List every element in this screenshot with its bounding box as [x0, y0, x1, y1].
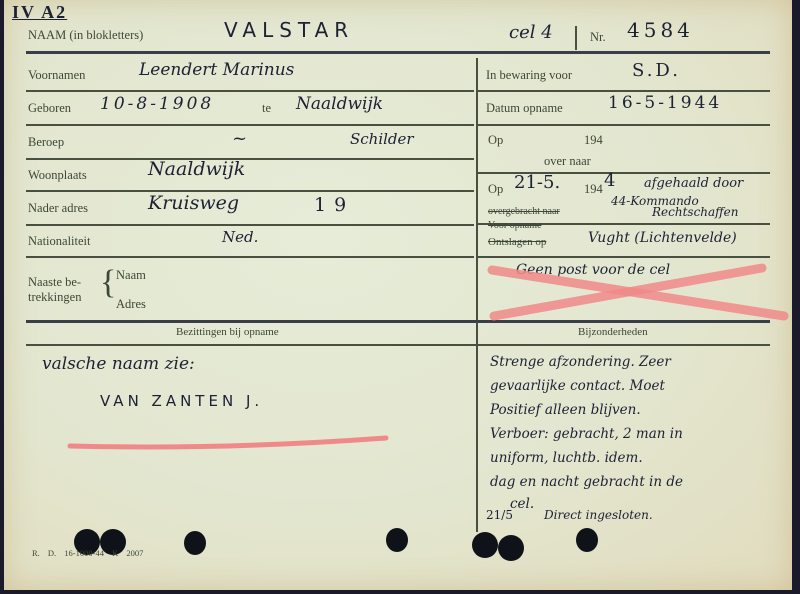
- beroep-value: Schilder: [350, 130, 414, 148]
- column-divider: [476, 58, 478, 320]
- ontslagen-label: Ontslagen op: [488, 236, 546, 248]
- op2-note-3: Rechtschaffen: [652, 205, 739, 219]
- surname-value: VALSTAR: [224, 18, 354, 42]
- note-line: Positief alleen blijven.: [490, 398, 780, 422]
- overgebracht-label: overgebracht naar: [488, 206, 560, 217]
- bottom-column-divider: [476, 322, 478, 532]
- over-naar-label: over naar: [544, 154, 591, 169]
- voornamen-label: Voornamen: [28, 68, 85, 83]
- bijzonderheden-header: Bijzonderheden: [578, 326, 648, 338]
- note-date: 21/5: [486, 508, 513, 522]
- nader-adres-number: 19: [314, 194, 354, 216]
- note-line: Verboer: gebracht, 2 man in: [490, 422, 780, 446]
- relations-label-1: Naaste be-: [28, 275, 81, 290]
- nr-value: 4584: [627, 18, 694, 42]
- op2-label: Op: [488, 182, 503, 197]
- relations-adres-label: Adres: [116, 297, 146, 312]
- relations-label-2: trekkingen: [28, 290, 81, 305]
- nationaliteit-value: Ned.: [222, 228, 258, 246]
- row-rule: [478, 90, 770, 92]
- bijzonderheden-notes: Strenge afzondering. Zeer gevaarlijke co…: [490, 350, 780, 514]
- punch-hole: [498, 535, 524, 561]
- section-header-rule: [26, 344, 770, 346]
- row-rule: [26, 90, 474, 92]
- relations-naam-label: Naam: [116, 268, 146, 283]
- punch-hole: [386, 528, 408, 552]
- op2-year: 194: [584, 182, 603, 197]
- row-rule: [478, 124, 770, 126]
- destination-value: Vught (Lichtenvelde): [588, 230, 737, 246]
- red-cross-mark: [484, 258, 794, 324]
- category-code: IV A2: [12, 2, 67, 23]
- header-rule: [26, 51, 770, 54]
- note-line: Strenge afzondering. Zeer: [490, 350, 780, 374]
- op1-label: Op: [488, 133, 503, 148]
- bezittingen-line-1: valsche naam zie:: [42, 354, 195, 374]
- geboren-te-label: te: [262, 101, 271, 116]
- registration-card: IV A2 NAAM (in blokletters) VALSTAR cel …: [4, 0, 792, 590]
- voor-opname-label: Voor opname: [488, 220, 541, 231]
- naam-label: NAAM (in blokletters): [28, 28, 143, 43]
- woonplaats-value: Naaldwijk: [148, 158, 245, 180]
- geboren-label: Geboren: [28, 101, 71, 116]
- footer-print: R. D. 16-1000-44 K 2007: [32, 548, 143, 558]
- op1-year: 194: [584, 133, 603, 148]
- nationaliteit-label: Nationaliteit: [28, 234, 90, 249]
- row-rule: [26, 124, 474, 126]
- brace: {: [100, 264, 116, 302]
- bewaring-value: S.D.: [632, 60, 681, 81]
- op2-note-1: afgehaald door: [644, 176, 743, 191]
- nr-label: Nr.: [590, 30, 606, 45]
- woonplaats-label: Woonplaats: [28, 168, 87, 183]
- row-rule: [26, 158, 474, 160]
- datum-opname-value: 16-5-1944: [608, 93, 722, 113]
- note-line: uniform, luchtb. idem.: [490, 446, 780, 470]
- punch-hole: [472, 532, 498, 558]
- bewaring-label: In bewaring voor: [486, 68, 572, 83]
- nader-adres-street: Kruisweg: [148, 192, 239, 214]
- punch-hole: [576, 528, 598, 552]
- op2-year-suffix: 4: [604, 170, 615, 191]
- geboren-date: 10-8-1908: [100, 94, 214, 114]
- row-rule: [26, 256, 474, 258]
- bezittingen-line-2: VAN ZANTEN J.: [100, 392, 263, 410]
- geboren-place: Naaldwijk: [296, 94, 383, 114]
- voornamen-value: Leendert Marinus: [139, 60, 294, 80]
- row-rule: [26, 224, 474, 226]
- note-line: gevaarlijke contact. Moet: [490, 374, 780, 398]
- nr-divider: [575, 26, 577, 50]
- op2-date: 21-5.: [514, 172, 560, 193]
- beroep-tilde: ~: [232, 128, 247, 149]
- punch-hole: [184, 531, 206, 555]
- nader-adres-label: Nader adres: [28, 201, 88, 216]
- note-date-text: Direct ingesloten.: [544, 508, 653, 522]
- red-underline-mark: [64, 430, 394, 454]
- row-rule: [26, 190, 474, 192]
- beroep-label: Beroep: [28, 135, 64, 150]
- bezittingen-header: Bezittingen bij opname: [176, 326, 279, 338]
- cell-value: cel 4: [509, 22, 553, 43]
- datum-opname-label: Datum opname: [486, 101, 563, 116]
- note-line: dag en nacht gebracht in de: [490, 470, 780, 494]
